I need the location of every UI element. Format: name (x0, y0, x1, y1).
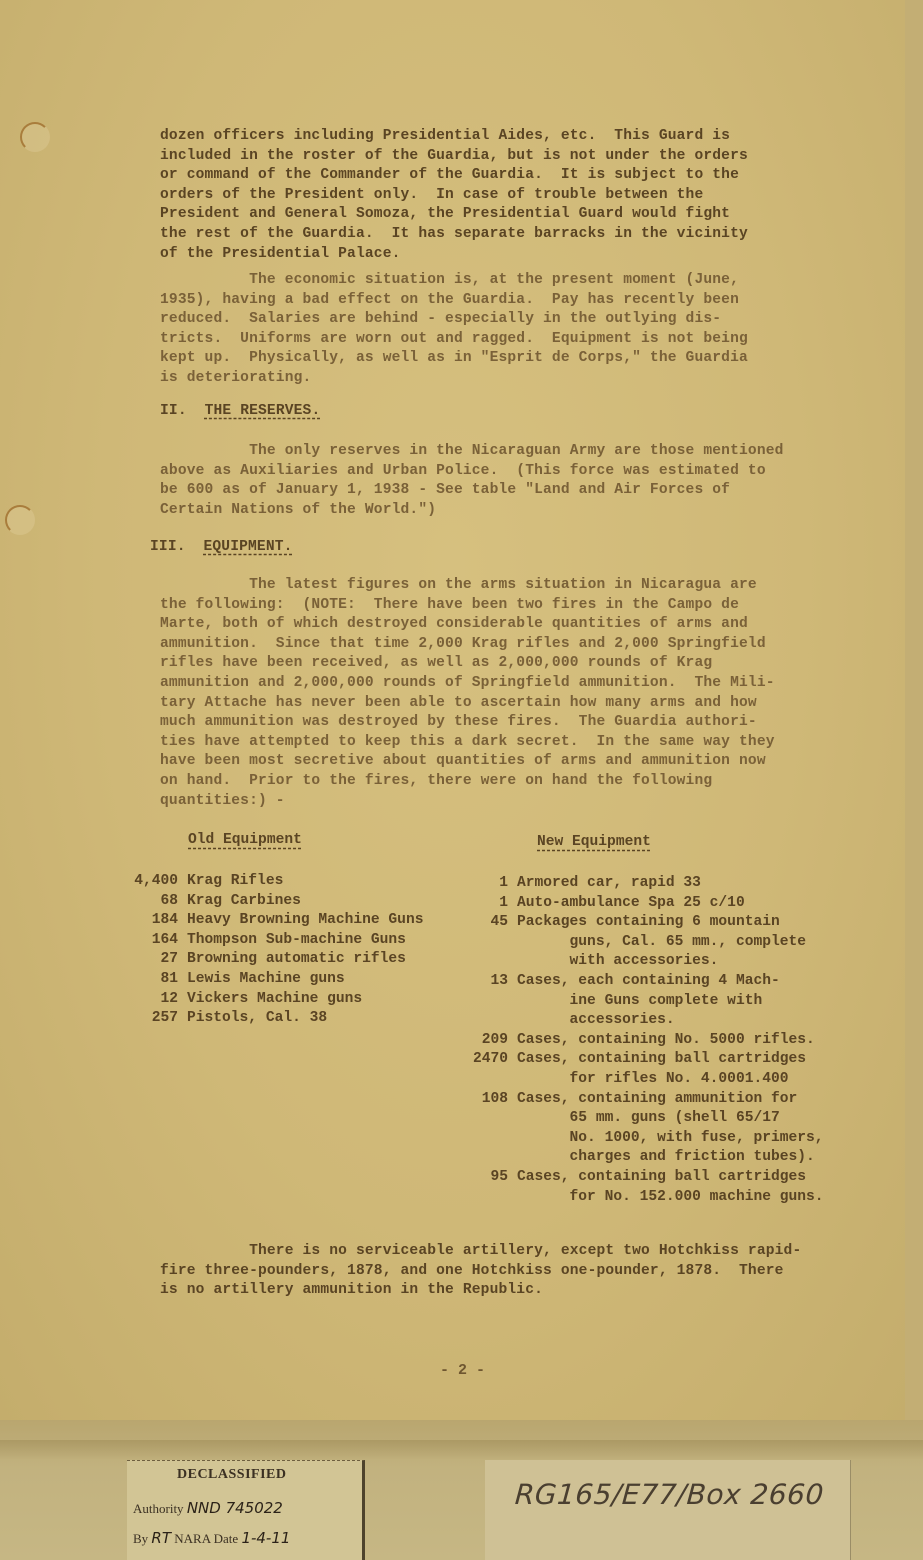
item-quantity: 164 (132, 931, 178, 951)
paper-edge (905, 0, 923, 1420)
item-description: Thompson Sub-machine Guns (187, 931, 406, 951)
item-description: Krag Carbines (187, 892, 301, 912)
item-quantity: 95 (454, 1168, 508, 1188)
equipment-item: 184Heavy Browning Machine Guns (132, 911, 423, 931)
item-quantity: 209 (454, 1031, 508, 1051)
item-quantity (454, 1188, 508, 1208)
equipment-item: charges and friction tubes). (454, 1148, 824, 1168)
item-description: Vickers Machine guns (187, 990, 362, 1010)
archive-reference: RG165/E77/Box 2660 (514, 1478, 825, 1511)
equipment-item: 68Krag Carbines (132, 892, 423, 912)
item-quantity: 257 (132, 1009, 178, 1029)
item-description: Heavy Browning Machine Guns (187, 911, 423, 931)
item-quantity: 2470 (454, 1050, 508, 1070)
item-description: Cases, each containing 4 Mach- (517, 972, 780, 992)
item-description: No. 1000, with fuse, primers, (517, 1129, 824, 1149)
section-title: EQUIPMENT. (203, 539, 292, 555)
presidential-guard-paragraph: dozen officers including Presidential Ai… (160, 127, 748, 264)
item-description: guns, Cal. 65 mm., complete (517, 933, 806, 953)
item-quantity: 13 (454, 972, 508, 992)
equipment-item: 27Browning automatic rifles (132, 950, 423, 970)
date-label: Date (214, 1531, 239, 1546)
by-value: RT (151, 1529, 171, 1547)
item-description: for rifles No. 4.0001.400 (517, 1070, 789, 1090)
equipment-item: 209Cases, containing No. 5000 rifles. (454, 1031, 824, 1051)
equipment-item: for rifles No. 4.0001.400 (454, 1070, 824, 1090)
item-description: Krag Rifles (187, 872, 283, 892)
authority-value: NND 745022 (187, 1499, 283, 1517)
item-description: 65 mm. guns (shell 65/17 (517, 1109, 780, 1129)
item-description: Pistols, Cal. 38 (187, 1009, 327, 1029)
equipment-item: 1Armored car, rapid 33 (454, 874, 824, 894)
equipment-item: 12Vickers Machine guns (132, 990, 423, 1010)
declassification-stamp: DECLASSIFIED Authority NND 745022 By RT … (127, 1460, 365, 1560)
item-quantity: 45 (454, 913, 508, 933)
item-description: Auto-ambulance Spa 25 c/10 (517, 894, 745, 914)
equipment-item: 4,400Krag Rifles (132, 872, 423, 892)
equipment-item: 65 mm. guns (shell 65/17 (454, 1109, 824, 1129)
item-description: charges and friction tubes). (517, 1148, 815, 1168)
item-description: Cases, containing ammunition for (517, 1090, 797, 1110)
item-description: Cases, containing ball cartridges (517, 1050, 806, 1070)
authority-label: Authority (133, 1501, 184, 1516)
item-description: for No. 152.000 machine guns. (517, 1188, 824, 1208)
equipment-item: with accessories. (454, 952, 824, 972)
punch-hole (5, 505, 35, 535)
item-quantity: 68 (132, 892, 178, 912)
item-quantity: 1 (454, 874, 508, 894)
section-equipment-heading: III. EQUIPMENT. (150, 538, 293, 558)
item-description: accessories. (517, 1011, 675, 1031)
economic-situation-paragraph: The economic situation is, at the presen… (160, 271, 748, 389)
item-description: Cases, containing ball cartridges (517, 1168, 806, 1188)
new-equipment-heading: New Equipment (537, 834, 651, 850)
item-quantity: 81 (132, 970, 178, 990)
new-equipment-list: 1Armored car, rapid 331Auto-ambulance Sp… (454, 874, 824, 1207)
equipment-item: 81Lewis Machine guns (132, 970, 423, 990)
old-equipment-list: 4,400Krag Rifles68Krag Carbines184Heavy … (132, 872, 423, 1029)
item-quantity: 27 (132, 950, 178, 970)
by-label: By (133, 1531, 148, 1546)
item-quantity (454, 1129, 508, 1149)
equipment-item: 164Thompson Sub-machine Guns (132, 931, 423, 951)
artillery-paragraph: There is no serviceable artillery, excep… (160, 1242, 801, 1301)
equipment-item: 257Pistols, Cal. 38 (132, 1009, 423, 1029)
item-quantity (454, 1109, 508, 1129)
agency: NARA (174, 1531, 210, 1546)
equipment-item: guns, Cal. 65 mm., complete (454, 933, 824, 953)
item-quantity: 108 (454, 1090, 508, 1110)
item-quantity (454, 952, 508, 972)
date-value: 1-4-11 (241, 1529, 290, 1547)
item-description: ine Guns complete with (517, 992, 762, 1012)
item-quantity: 4,400 (132, 872, 178, 892)
item-quantity: 184 (132, 911, 178, 931)
item-quantity: 12 (132, 990, 178, 1010)
page-number: - 2 - (440, 1362, 485, 1379)
stamp-title: DECLASSIFIED (177, 1467, 286, 1483)
item-description: Armored car, rapid 33 (517, 874, 701, 894)
equipment-item: 2470Cases, containing ball cartridges (454, 1050, 824, 1070)
section-title: THE RESERVES. (205, 403, 321, 419)
equipment-paragraph: The latest figures on the arms situation… (160, 576, 775, 811)
section-reserves-heading: II. THE RESERVES. (160, 402, 320, 422)
item-description: Lewis Machine guns (187, 970, 345, 990)
stamp-by-line: By RT NARA Date 1-4-11 (133, 1529, 290, 1547)
item-description: Cases, containing No. 5000 rifles. (517, 1031, 815, 1051)
equipment-item: ine Guns complete with (454, 992, 824, 1012)
equipment-item: 95Cases, containing ball cartridges (454, 1168, 824, 1188)
item-description: Browning automatic rifles (187, 950, 406, 970)
item-quantity (454, 1011, 508, 1031)
equipment-item: 13Cases, each containing 4 Mach- (454, 972, 824, 992)
archive-label-card: RG165/E77/Box 2660 (485, 1460, 851, 1560)
section-number: II. (160, 403, 187, 419)
item-quantity (454, 992, 508, 1012)
equipment-item: 45Packages containing 6 mountain (454, 913, 824, 933)
item-description: with accessories. (517, 952, 718, 972)
equipment-item: accessories. (454, 1011, 824, 1031)
item-quantity (454, 1070, 508, 1090)
stamp-authority-line: Authority NND 745022 (133, 1499, 283, 1517)
punch-hole (20, 122, 50, 152)
fold-shadow (0, 1440, 923, 1460)
section-number: III. (150, 539, 186, 555)
item-quantity (454, 1148, 508, 1168)
equipment-item: 1Auto-ambulance Spa 25 c/10 (454, 894, 824, 914)
item-description: Packages containing 6 mountain (517, 913, 780, 933)
old-equipment-heading: Old Equipment (188, 832, 302, 848)
equipment-item: 108Cases, containing ammunition for (454, 1090, 824, 1110)
equipment-item: for No. 152.000 machine guns. (454, 1188, 824, 1208)
reserves-paragraph: The only reserves in the Nicaraguan Army… (160, 442, 784, 520)
equipment-item: No. 1000, with fuse, primers, (454, 1129, 824, 1149)
item-quantity: 1 (454, 894, 508, 914)
item-quantity (454, 933, 508, 953)
